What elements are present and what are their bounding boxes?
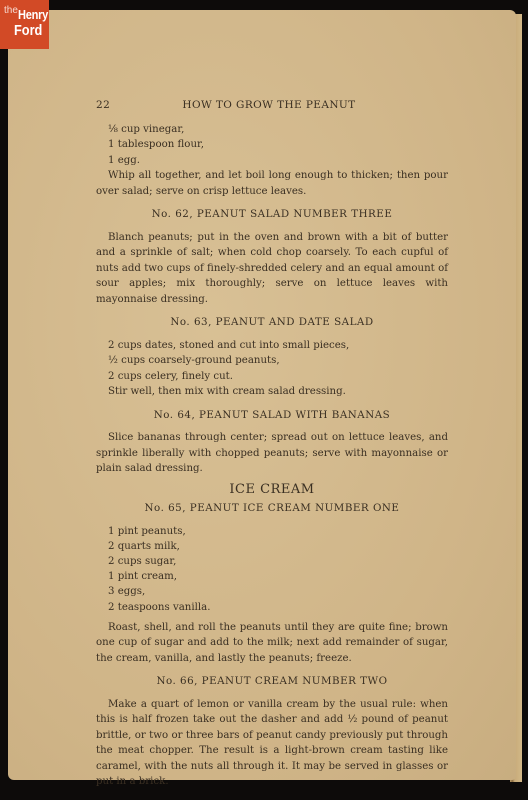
ingredient: 1 tablespoon flour, [108,137,448,153]
recipe-title-63: No. 63, PEANUT AND DATE SALAD [96,315,448,331]
recipe-title-65: No. 65, PEANUT ICE CREAM NUMBER ONE [96,501,448,517]
page-number: 22 [96,98,136,114]
logo-ford: Ford [14,22,42,39]
page-content: 22 HOW TO GROW THE PEANUT ⅛ cup vinegar,… [96,98,448,790]
recipe-method-64: Slice bananas through center; spread out… [96,430,448,477]
ingredient: 1 pint peanuts, [108,524,448,539]
running-head: 22 HOW TO GROW THE PEANUT [96,98,448,114]
recipe-title-62: No. 62, PEANUT SALAD NUMBER THREE [96,207,448,223]
logo-henry: Henry [18,7,48,22]
ingredient: 2 cups celery, finely cut. [108,369,448,385]
henry-ford-logo: the Henry Ford [0,0,49,49]
recipe-method-66: Make a quart of lemon or vanilla cream b… [96,697,448,790]
ingredient: ½ cups coarsely-ground peanuts, [108,353,448,369]
recipe-method-63: Stir well, then mix with cream salad dre… [108,384,448,400]
intro-method: Whip all together, and let boil long eno… [96,168,448,199]
recipe-ingredients-63: 2 cups dates, stoned and cut into small … [96,338,448,400]
intro-ingredients: ⅛ cup vinegar, 1 tablespoon flour, 1 egg… [96,122,448,169]
logo-the: the [4,5,18,16]
ingredient: ⅛ cup vinegar, [108,122,448,138]
ingredient: 2 quarts milk, [108,539,448,554]
running-title: HOW TO GROW THE PEANUT [136,98,448,114]
ingredient: 2 cups sugar, [108,554,448,569]
section-heading-ice-cream: ICE CREAM [96,482,448,498]
recipe-title-64: No. 64, PEANUT SALAD WITH BANANAS [96,408,448,424]
recipe-ingredients-65: 1 pint peanuts, 2 quarts milk, 2 cups su… [96,524,448,615]
recipe-method-62: Blanch peanuts; put in the oven and brow… [96,230,448,308]
ingredient: 3 eggs, [108,584,448,599]
ingredient: 2 teaspoons vanilla. [108,600,448,615]
ingredient: 1 egg. [108,153,448,169]
ingredient: 2 cups dates, stoned and cut into small … [108,338,448,354]
recipe-method-65: Roast, shell, and roll the peanuts until… [96,620,448,667]
ingredient: 1 pint cream, [108,569,448,584]
recipe-title-66: No. 66, PEANUT CREAM NUMBER TWO [96,674,448,690]
